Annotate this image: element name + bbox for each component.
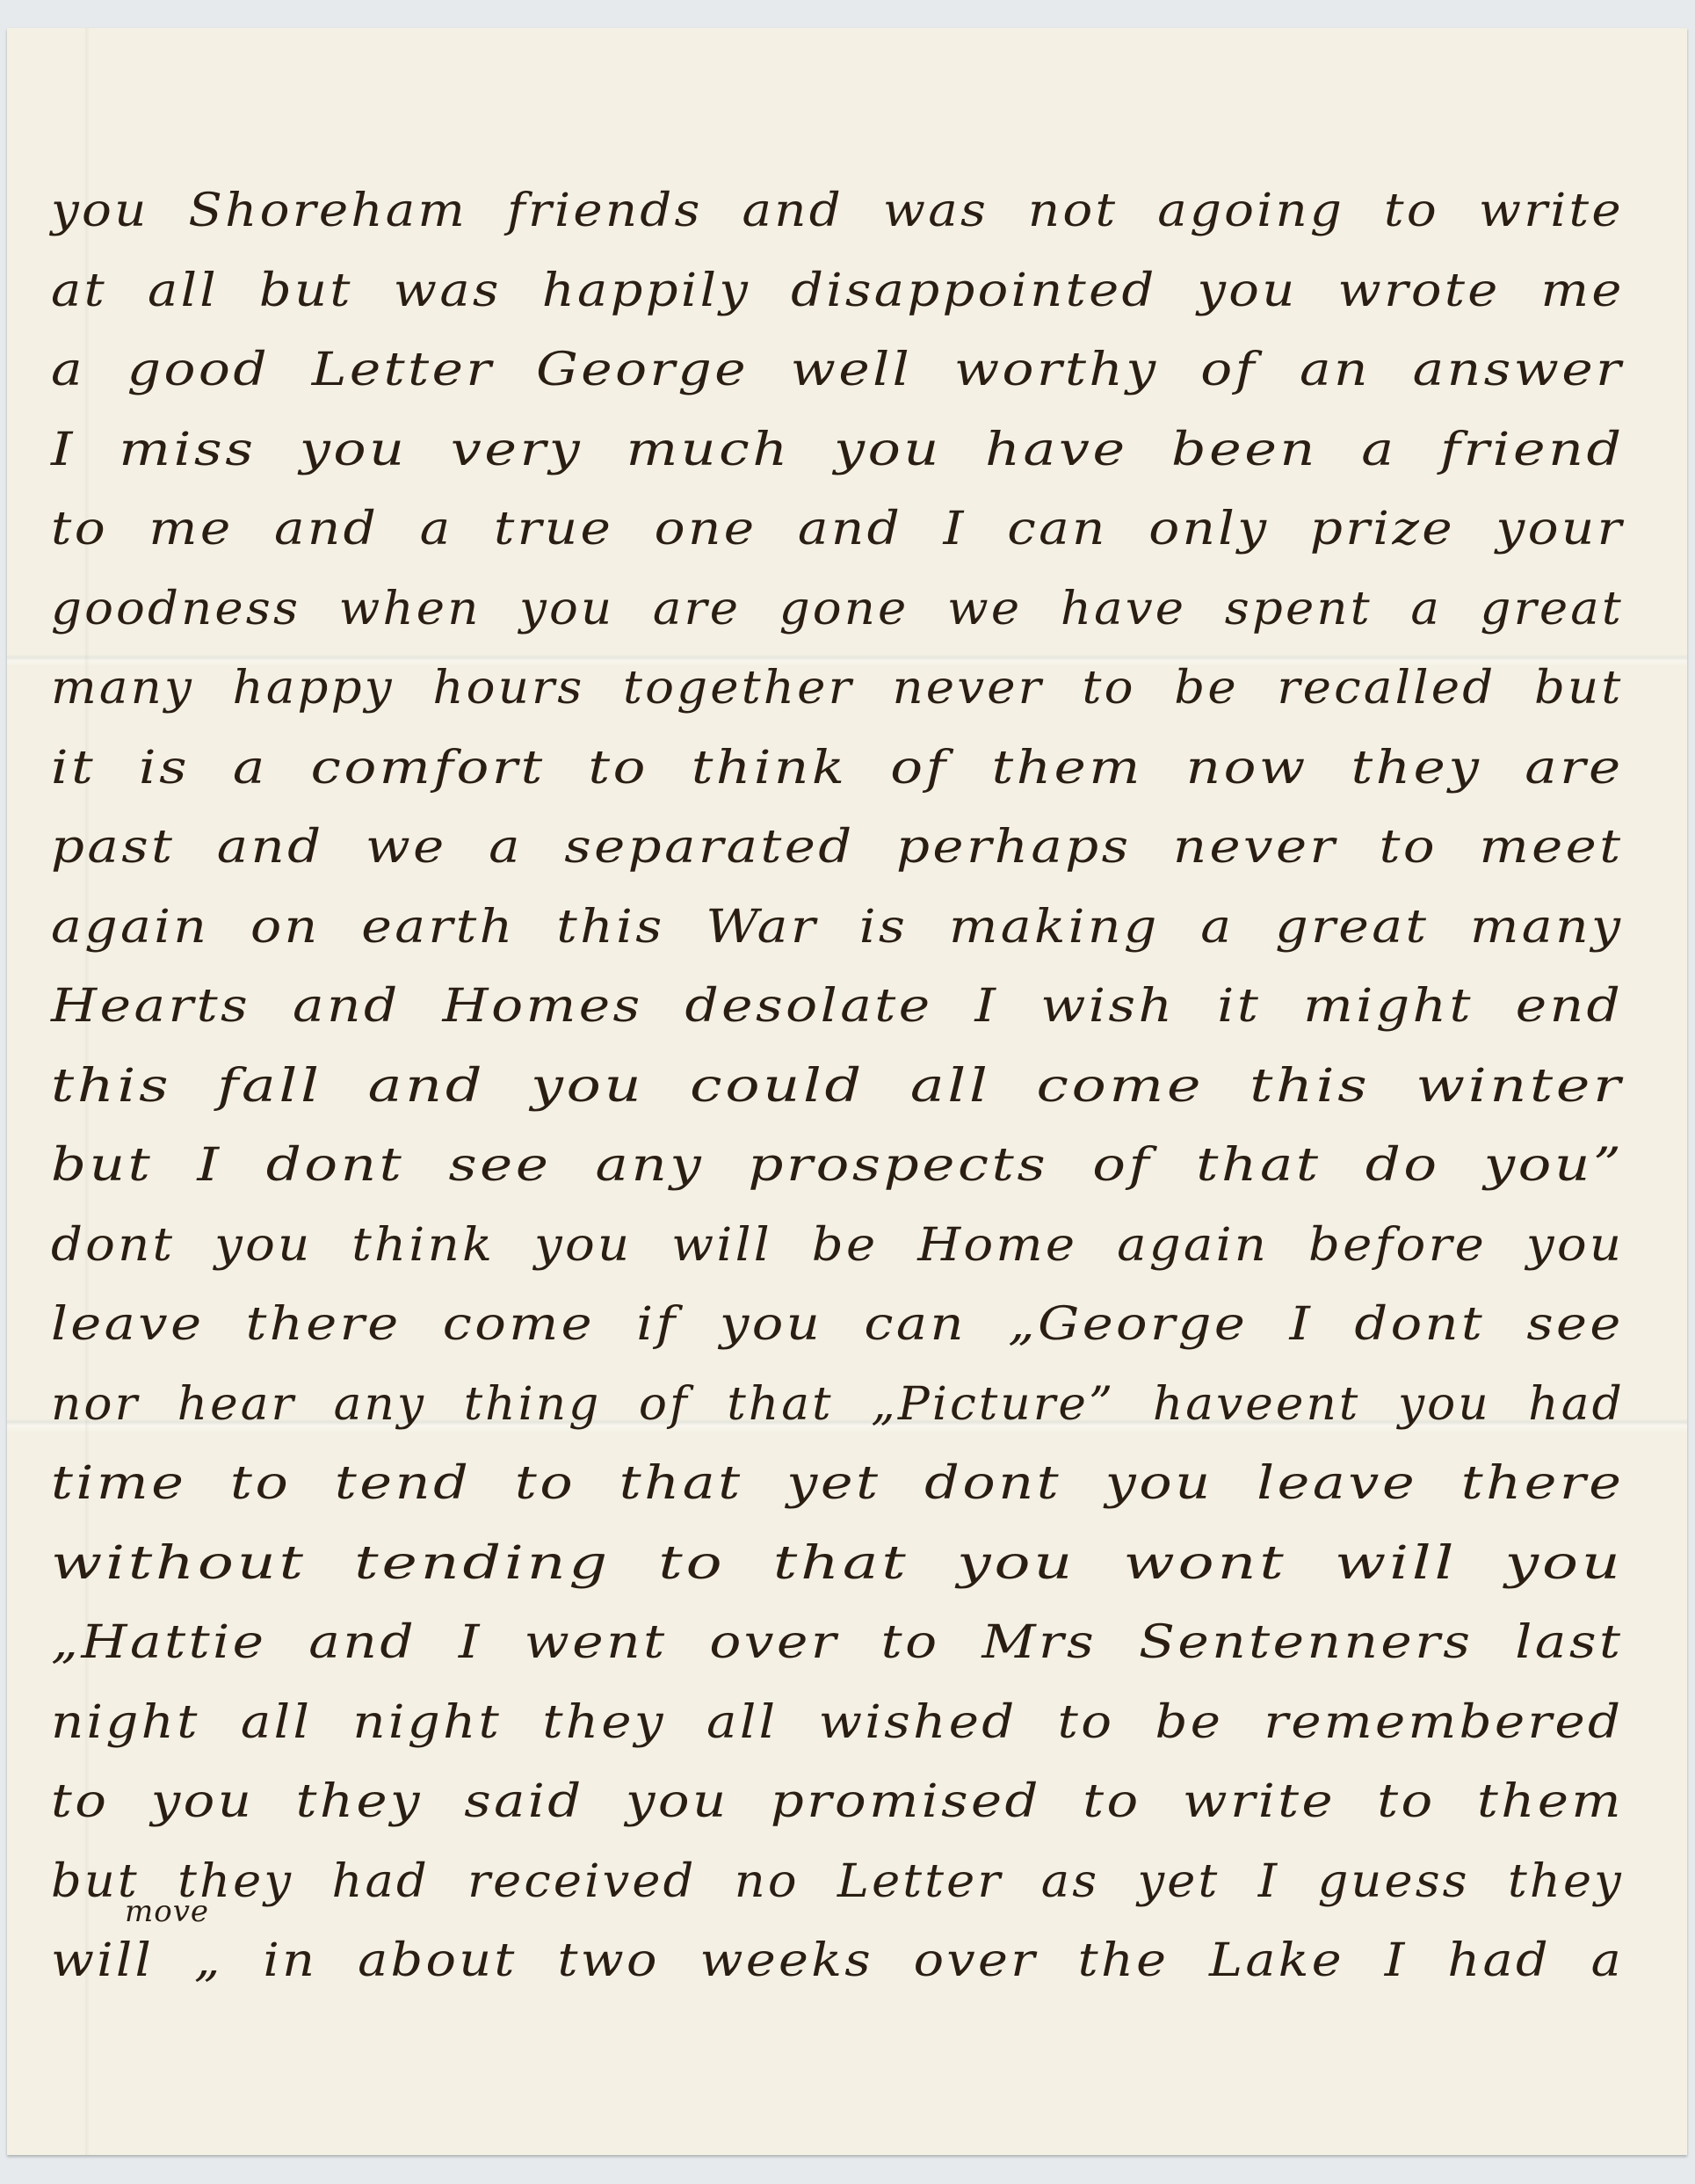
letter-line: many happy hours together never to be re…: [51, 662, 1650, 742]
letter-line: it is a comfort to think of them now the…: [51, 742, 1650, 822]
letter-line: again on earth this War is making a grea…: [51, 901, 1650, 981]
letter-line: to me and a true one and I can only priz…: [51, 503, 1650, 583]
letter-line: dont you think you will be Home again be…: [51, 1219, 1650, 1299]
handwritten-letter-body: you Shoreham friends and was not agoing …: [51, 185, 1650, 2014]
letter-line: to you they said you promised to write t…: [51, 1775, 1650, 1855]
interlinear-insertion: move: [125, 1894, 209, 1929]
letter-line: but I dont see any prospects of that do …: [51, 1139, 1650, 1219]
letter-line: you Shoreham friends and was not agoing …: [51, 185, 1650, 265]
letter-line: a good Letter George well worthy of an a…: [51, 344, 1650, 424]
letter-line: move will „ in about two weeks over the …: [51, 1934, 1650, 2014]
letter-line: this fall and you could all come this wi…: [51, 1060, 1650, 1140]
letter-line: at all but was happily disappointed you …: [51, 265, 1650, 345]
letter-line: I miss you very much you have been a fri…: [51, 424, 1650, 504]
letter-line: leave there come if you can „George I do…: [51, 1298, 1650, 1378]
letter-line: night all night they all wished to be re…: [51, 1696, 1650, 1776]
letter-line: without tending to that you wont will yo…: [51, 1537, 1650, 1617]
letter-line: time to tend to that yet dont you leave …: [51, 1457, 1650, 1537]
letter-line: Hearts and Homes desolate I wish it migh…: [51, 980, 1650, 1060]
letter-line: „Hattie and I went over to Mrs Sentenner…: [51, 1616, 1650, 1696]
letter-line: nor hear any thing of that „Picture” hav…: [51, 1378, 1650, 1458]
letter-line: past and we a separated perhaps never to…: [51, 821, 1650, 901]
letter-line: goodness when you are gone we have spent…: [51, 583, 1650, 663]
letter-line: but they had received no Letter as yet I…: [51, 1855, 1650, 1935]
